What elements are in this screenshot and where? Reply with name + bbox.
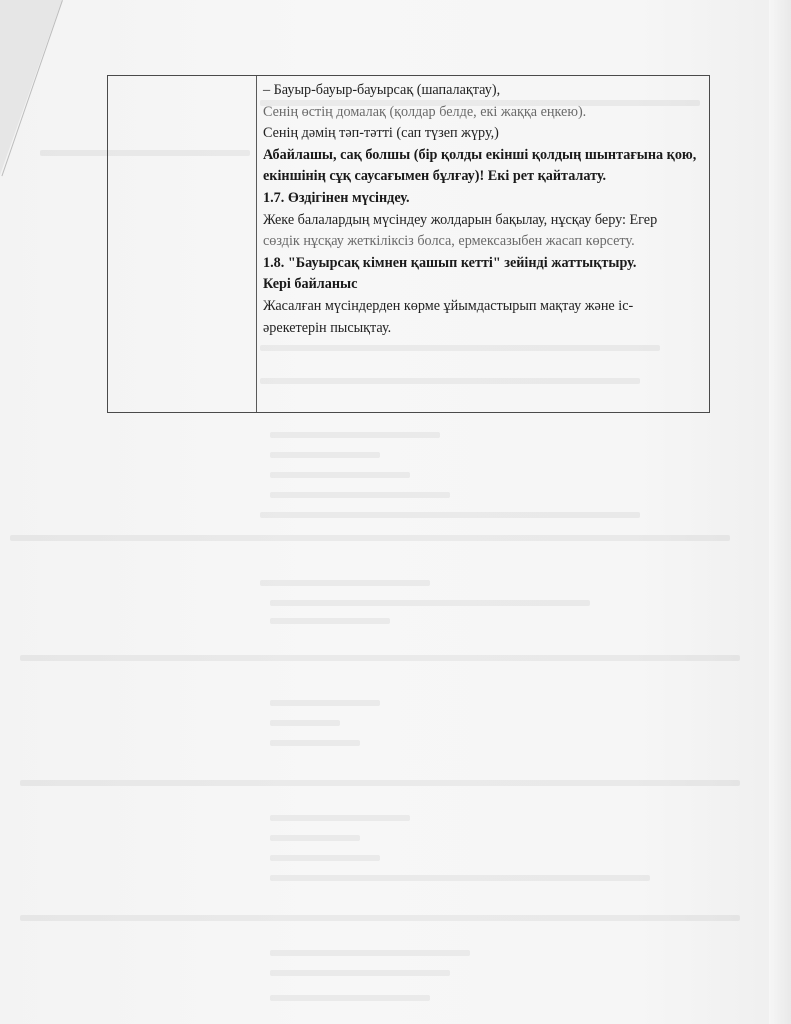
lesson-table: – Бауыр-бауыр-бауырсақ (шапалақтау), Сен…	[107, 75, 710, 413]
table-right-column: – Бауыр-бауыр-бауырсақ (шапалақтау), Сен…	[257, 76, 709, 412]
page-right-edge	[769, 0, 791, 1024]
section-heading-1-7: 1.7. Өздігінен мүсіндеу.	[263, 188, 703, 210]
text-line-feedback-1: Жасалған мүсіндерден көрме ұйымдастырып …	[263, 296, 703, 318]
text-line-instruction-1: Жеке балалардың мүсіндеу жолдарын бақыла…	[263, 210, 703, 232]
text-line-song-3: Сенің дәмің тәп-тәтті (сап түзеп жүру,)	[263, 123, 703, 145]
text-line-song-5: екіншінің сұқ саусағымен бұлғау)! Екі ре…	[263, 166, 703, 188]
text-line-instruction-2: сөздік нұсқау жеткіліксіз болса, ермекса…	[263, 231, 703, 253]
section-heading-1-8: 1.8. "Бауырсақ кімнен қашып кетті" зейін…	[263, 253, 703, 275]
table-left-column	[108, 76, 257, 412]
scanned-page: – Бауыр-бауыр-бауырсақ (шапалақтау), Сен…	[0, 0, 791, 1024]
text-line-song-4: Абайлашы, сақ болшы (бір қолды екінші қо…	[263, 145, 703, 167]
section-heading-feedback: Кері байланыс	[263, 274, 703, 296]
text-line-feedback-2: әрекетерін пысықтау.	[263, 318, 703, 340]
text-line-song-1: – Бауыр-бауыр-бауырсақ (шапалақтау),	[263, 80, 703, 102]
text-line-song-2: Сенің өстің домалақ (қолдар белде, екі ж…	[263, 102, 703, 124]
